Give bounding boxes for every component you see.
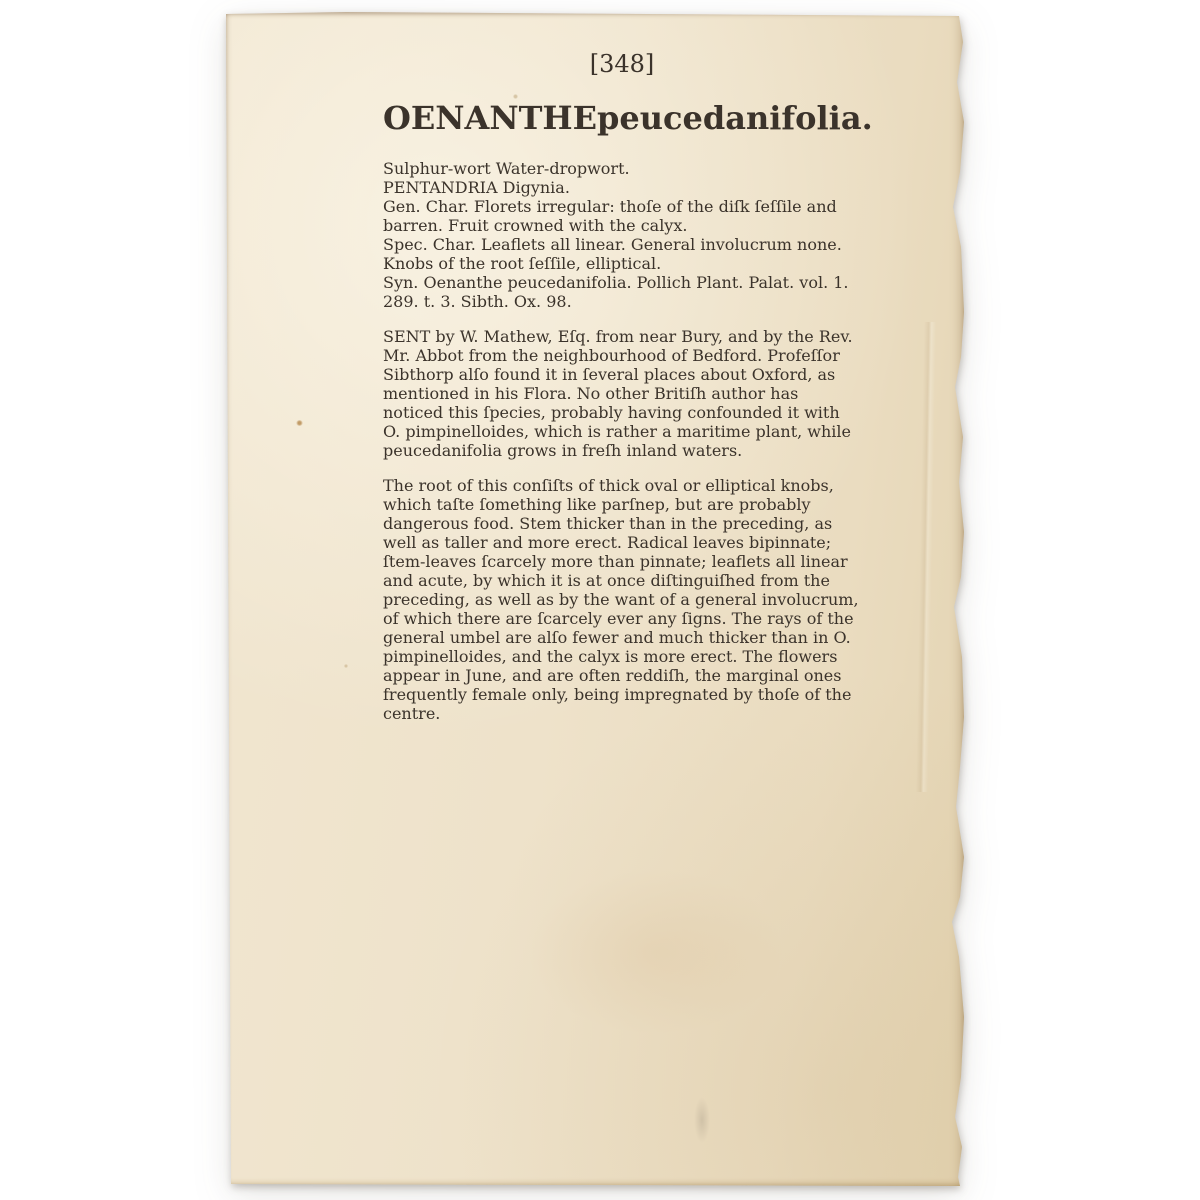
specific-character-entry: Spec. Char. Leaflets all linear. General…	[383, 235, 861, 273]
foxing-spot	[344, 664, 348, 668]
genus-name: OENANTHE	[383, 99, 597, 137]
paper-crease	[916, 322, 936, 792]
description-paragraph-2: The root of this conſiſts of thick oval …	[383, 476, 861, 723]
text-block: [348] OENANTHEpeucedanifolia. Sulphur-wo…	[383, 12, 861, 739]
book-page: [348] OENANTHEpeucedanifolia. Sulphur-wo…	[226, 12, 964, 1186]
common-name: Sulphur-wort Water-dropwort.	[383, 159, 861, 178]
paper-sheet: [348] OENANTHEpeucedanifolia. Sulphur-wo…	[226, 12, 964, 1186]
character-entries: Gen. Char. Florets irregular: thoſe of t…	[383, 197, 861, 311]
page-number-value: 348	[599, 50, 645, 78]
linnaean-classification: PENTANDRIA Digynia.	[383, 178, 861, 197]
description-paragraph-1: SENT by W. Mathew, Eſq. from near Bury, …	[383, 327, 861, 460]
foxing-spot	[296, 420, 303, 426]
page-number-bracket-left: [	[590, 50, 599, 78]
species-title: OENANTHEpeucedanifolia.	[383, 99, 861, 137]
page-number-bracket-right: ]	[645, 50, 654, 78]
species-epithet: peucedanifolia.	[597, 99, 873, 137]
ink-smudge	[694, 1097, 710, 1143]
synonym-entry: Syn. Oenanthe peucedanifolia. Pollich Pl…	[383, 273, 861, 311]
page-number: [348]	[383, 50, 861, 78]
generic-character-entry: Gen. Char. Florets irregular: thoſe of t…	[383, 197, 861, 235]
photo-background: [348] OENANTHEpeucedanifolia. Sulphur-wo…	[0, 0, 1200, 1200]
show-through-stain	[516, 862, 796, 1042]
